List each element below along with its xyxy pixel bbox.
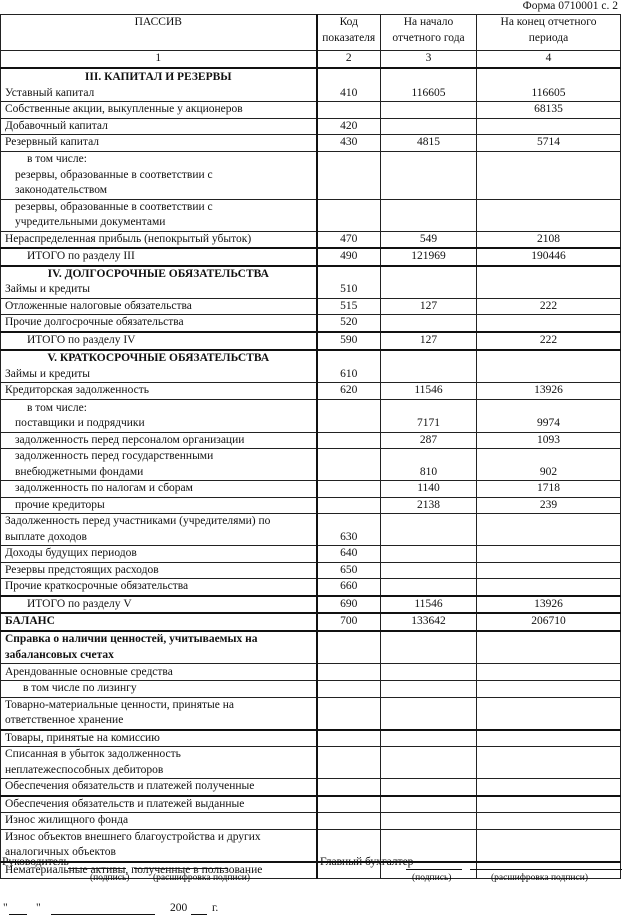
index-2: 2 bbox=[317, 51, 381, 68]
row-end-value: 190446 bbox=[477, 248, 621, 266]
table-row: Доходы будущих периодов 640 bbox=[1, 546, 621, 563]
row-end-value bbox=[477, 681, 621, 698]
header-liabilities: ПАССИВ bbox=[1, 15, 317, 51]
row-label: IV. ДОЛГОСРОЧНЫЕ ОБЯЗАТЕЛЬСТВАЗаймы и кр… bbox=[1, 266, 317, 299]
row-start-value: 121969 bbox=[381, 248, 477, 266]
chief-accountant-label: Главный бухгалтер bbox=[320, 856, 413, 868]
table-row: Отложенные налоговые обязательства 515 1… bbox=[1, 298, 621, 315]
row-code bbox=[317, 399, 381, 432]
row-label: Добавочный капитал bbox=[1, 118, 317, 135]
label-text: Займы и кредиты bbox=[5, 368, 90, 380]
row-start-value: 127 bbox=[381, 332, 477, 350]
row-label: в том числе по лизингу bbox=[1, 681, 317, 698]
row-end-value bbox=[477, 315, 621, 332]
row-start-value: 287 bbox=[381, 432, 477, 449]
row-label: в том числе:резервы, образованные в соот… bbox=[1, 151, 317, 199]
row-start-value: 116605 bbox=[381, 68, 477, 102]
label-line2: забалансовых счетах bbox=[5, 649, 114, 661]
row-label: Собственные акции, выкупленные у акционе… bbox=[1, 102, 317, 119]
table-row: прочие кредиторы 2138 239 bbox=[1, 497, 621, 514]
row-code: 640 bbox=[317, 546, 381, 563]
row-start-value bbox=[381, 664, 477, 681]
table-header-row: ПАССИВ Кодпоказателя На началоотчетного … bbox=[1, 15, 621, 51]
table-row: Износ объектов внешнего благоустройства … bbox=[1, 829, 621, 862]
row-end-value bbox=[477, 514, 621, 546]
row-code: 430 bbox=[317, 135, 381, 152]
head-signature-caption: (подпись) bbox=[90, 873, 129, 883]
section-title-iii: III. КАПИТАЛ И РЕЗЕРВЫ bbox=[5, 70, 312, 86]
row-code: 470 bbox=[317, 231, 381, 248]
date-day-line[interactable] bbox=[9, 914, 27, 915]
row-code: 510 bbox=[317, 266, 381, 299]
row-code bbox=[317, 199, 381, 231]
row-label: Задолженность перед участниками (учредит… bbox=[1, 514, 317, 546]
index-1: 1 bbox=[1, 51, 317, 68]
row-code bbox=[317, 631, 381, 664]
label-line2: законодательством bbox=[5, 183, 312, 199]
row-code bbox=[317, 779, 381, 796]
form-reference: Форма 0710001 с. 2 bbox=[523, 0, 618, 12]
row-start-value bbox=[381, 631, 477, 664]
row-code: 515 bbox=[317, 298, 381, 315]
row-end-value: 9974 bbox=[477, 399, 621, 432]
row-end-value bbox=[477, 796, 621, 813]
row-end-value bbox=[477, 266, 621, 299]
row-code bbox=[317, 102, 381, 119]
table-row: Товарно-материальные ценности, принятые … bbox=[1, 697, 621, 730]
row-end-value bbox=[477, 118, 621, 135]
row-start-value bbox=[381, 118, 477, 135]
row-code: 630 bbox=[317, 514, 381, 546]
table-row: Кредиторская задолженность 620 11546 139… bbox=[1, 383, 621, 400]
header-code: Кодпоказателя bbox=[317, 15, 381, 51]
row-end-value: 222 bbox=[477, 298, 621, 315]
row-label: Прочие краткосрочные обязательства bbox=[1, 579, 317, 596]
row-code: 620 bbox=[317, 383, 381, 400]
label-line1: Задолженность перед участниками (учредит… bbox=[5, 515, 270, 527]
row-end-value: 5714 bbox=[477, 135, 621, 152]
table-row: задолженность перед персоналом организац… bbox=[1, 432, 621, 449]
row-start-value bbox=[381, 315, 477, 332]
table-row: задолженность по налогам и сборам 1140 1… bbox=[1, 481, 621, 498]
row-start-value bbox=[381, 546, 477, 563]
row-end-value bbox=[477, 199, 621, 231]
label-line2: ответственное хранение bbox=[5, 714, 123, 726]
row-end-value bbox=[477, 664, 621, 681]
row-code bbox=[317, 681, 381, 698]
header-start: На началоотчетного года bbox=[381, 15, 477, 51]
row-code: 490 bbox=[317, 248, 381, 266]
row-label: задолженность по налогам и сборам bbox=[1, 481, 317, 498]
row-end-value bbox=[477, 562, 621, 579]
table-row: Резервный капитал 430 4815 5714 bbox=[1, 135, 621, 152]
table-row: Прочие долгосрочные обязательства 520 bbox=[1, 315, 621, 332]
row-end-value bbox=[477, 350, 621, 383]
table-row: Задолженность перед участниками (учредит… bbox=[1, 514, 621, 546]
label-line1: Износ объектов внешнего благоустройства … bbox=[5, 831, 261, 843]
table-row-balance: БАЛАНС 700 133642 206710 bbox=[1, 613, 621, 631]
label-line2: внебюджетными фондами bbox=[15, 466, 143, 478]
row-label: задолженность перед персоналом организац… bbox=[1, 432, 317, 449]
row-end-value: 902 bbox=[477, 449, 621, 481]
row-code: 520 bbox=[317, 315, 381, 332]
table-row-total: ИТОГО по разделу V 690 11546 13926 bbox=[1, 596, 621, 614]
row-label: в том числе:поставщики и подрядчики bbox=[1, 399, 317, 432]
section-title-v: V. КРАТКОСРОЧНЫЕ ОБЯЗАТЕЛЬСТВА bbox=[5, 351, 312, 367]
row-label: Товары, принятые на комиссию bbox=[1, 730, 317, 747]
row-start-value bbox=[381, 266, 477, 299]
table-row: Добавочный капитал 420 bbox=[1, 118, 621, 135]
row-start-value bbox=[381, 796, 477, 813]
row-label: ИТОГО по разделу III bbox=[1, 248, 317, 266]
table-row: Обеспечения обязательств и платежей полу… bbox=[1, 779, 621, 796]
row-label: Товарно-материальные ценности, принятые … bbox=[1, 697, 317, 730]
row-label: Кредиторская задолженность bbox=[1, 383, 317, 400]
row-code bbox=[317, 664, 381, 681]
date-year-prefix: 200 bbox=[170, 902, 187, 914]
date-month-line[interactable] bbox=[51, 914, 155, 915]
row-end-value: 68135 bbox=[477, 102, 621, 119]
row-code bbox=[317, 497, 381, 514]
label-line2: выплате доходов bbox=[5, 531, 87, 543]
row-end-value: 13926 bbox=[477, 383, 621, 400]
table-row-total: ИТОГО по разделу IV 590 127 222 bbox=[1, 332, 621, 350]
row-label: БАЛАНС bbox=[1, 613, 317, 631]
row-start-value bbox=[381, 579, 477, 596]
row-label: III. КАПИТАЛ И РЕЗЕРВЫУставный капитал bbox=[1, 68, 317, 102]
row-start-value: 1140 bbox=[381, 481, 477, 498]
row-label: Списанная в убыток задолженностьнеплатеж… bbox=[1, 747, 317, 779]
date-year-suffix: г. bbox=[212, 902, 218, 914]
date-year-line[interactable] bbox=[191, 914, 207, 915]
head-decoding-caption: (расшифровка подписи) bbox=[153, 873, 250, 883]
chief-accountant-name-line[interactable] bbox=[470, 869, 622, 870]
row-end-value bbox=[477, 829, 621, 862]
chief-accountant-signature-line[interactable] bbox=[406, 869, 462, 870]
row-start-value bbox=[381, 199, 477, 231]
row-start-value: 810 bbox=[381, 449, 477, 481]
row-end-value: 1093 bbox=[477, 432, 621, 449]
row-code bbox=[317, 796, 381, 813]
label-line1: резервы, образованные в соответствии с bbox=[5, 200, 312, 216]
row-start-value: 127 bbox=[381, 298, 477, 315]
label-line2: неплатежеспособных дебиторов bbox=[5, 764, 163, 776]
row-label: Доходы будущих периодов bbox=[1, 546, 317, 563]
header-code-line1: Код bbox=[340, 16, 358, 28]
row-end-value: 1718 bbox=[477, 481, 621, 498]
head-name-line[interactable] bbox=[134, 868, 228, 869]
table-row: Справка о наличии ценностей, учитываемых… bbox=[1, 631, 621, 664]
table-row: Износ жилищного фонда bbox=[1, 813, 621, 830]
row-label: Обеспечения обязательств и платежей выда… bbox=[1, 796, 317, 813]
row-label: резервы, образованные в соответствии суч… bbox=[1, 199, 317, 231]
row-end-value bbox=[477, 813, 621, 830]
table-row: резервы, образованные в соответствии суч… bbox=[1, 199, 621, 231]
table-row: в том числе:резервы, образованные в соот… bbox=[1, 151, 621, 199]
table-row: Обеспечения обязательств и платежей выда… bbox=[1, 796, 621, 813]
header-end: На конец отчетногопериода bbox=[477, 15, 621, 51]
table-row: задолженность перед государственнымивнеб… bbox=[1, 449, 621, 481]
row-code: 650 bbox=[317, 562, 381, 579]
row-label: Прочие долгосрочные обязательства bbox=[1, 315, 317, 332]
row-end-value: 2108 bbox=[477, 231, 621, 248]
label-line1: Списанная в убыток задолженность bbox=[5, 748, 181, 760]
row-start-value bbox=[381, 102, 477, 119]
header-end-line1: На конец отчетного bbox=[501, 16, 597, 28]
label-text: Уставный капитал bbox=[5, 87, 94, 99]
row-end-value: 222 bbox=[477, 332, 621, 350]
label-line1: Товарно-материальные ценности, принятые … bbox=[5, 699, 234, 711]
row-start-value bbox=[381, 697, 477, 730]
row-label: Обеспечения обязательств и платежей полу… bbox=[1, 779, 317, 796]
off-balance-title: Справка о наличии ценностей, учитываемых… bbox=[1, 631, 317, 664]
row-start-value: 133642 bbox=[381, 613, 477, 631]
label-line1: задолженность перед государственными bbox=[15, 450, 213, 462]
row-start-value bbox=[381, 350, 477, 383]
label-line2: учредительными документами bbox=[5, 215, 312, 231]
row-label: Арендованные основные средства bbox=[1, 664, 317, 681]
column-index-row: 1 2 3 4 bbox=[1, 51, 621, 68]
row-label: Нераспределенная прибыль (непокрытый убы… bbox=[1, 231, 317, 248]
including-label: в том числе: bbox=[5, 401, 312, 417]
header-end-line2: периода bbox=[529, 32, 569, 44]
row-start-value bbox=[381, 151, 477, 199]
row-label: V. КРАТКОСРОЧНЫЕ ОБЯЗАТЕЛЬСТВАЗаймы и кр… bbox=[1, 350, 317, 383]
table-row: Нераспределенная прибыль (непокрытый убы… bbox=[1, 231, 621, 248]
header-start-line1: На начало bbox=[404, 16, 454, 28]
chief-accountant-signature-caption: (подпись) bbox=[412, 873, 451, 883]
table-row: Прочие краткосрочные обязательства 660 bbox=[1, 579, 621, 596]
row-label: Износ жилищного фонда bbox=[1, 813, 317, 830]
row-end-value bbox=[477, 697, 621, 730]
row-start-value bbox=[381, 730, 477, 747]
table-row: IV. ДОЛГОСРОЧНЫЕ ОБЯЗАТЕЛЬСТВАЗаймы и кр… bbox=[1, 266, 621, 299]
row-label: задолженность перед государственнымивнеб… bbox=[1, 449, 317, 481]
row-start-value bbox=[381, 813, 477, 830]
table-row: Арендованные основные средства bbox=[1, 664, 621, 681]
row-end-value bbox=[477, 151, 621, 199]
row-code bbox=[317, 813, 381, 830]
row-end-value: 13926 bbox=[477, 596, 621, 614]
table-row: Списанная в убыток задолженностьнеплатеж… bbox=[1, 747, 621, 779]
row-code bbox=[317, 151, 381, 199]
row-start-value: 7171 bbox=[381, 399, 477, 432]
table-row: в том числе по лизингу bbox=[1, 681, 621, 698]
row-code: 590 bbox=[317, 332, 381, 350]
index-3: 3 bbox=[381, 51, 477, 68]
row-end-value bbox=[477, 546, 621, 563]
table-row: V. КРАТКОСРОЧНЫЕ ОБЯЗАТЕЛЬСТВАЗаймы и кр… bbox=[1, 350, 621, 383]
row-start-value: 2138 bbox=[381, 497, 477, 514]
row-end-value bbox=[477, 631, 621, 664]
label-line1: резервы, образованные в соответствии с bbox=[5, 168, 312, 184]
table-row: в том числе:поставщики и подрядчики 7171… bbox=[1, 399, 621, 432]
row-start-value: 549 bbox=[381, 231, 477, 248]
row-code bbox=[317, 697, 381, 730]
date-quote-close: " bbox=[36, 902, 41, 914]
row-code: 660 bbox=[317, 579, 381, 596]
label-text: Займы и кредиты bbox=[5, 283, 90, 295]
row-end-value: 206710 bbox=[477, 613, 621, 631]
label-text: поставщики и подрядчики bbox=[5, 416, 312, 432]
section-title-iv: IV. ДОЛГОСРОЧНЫЕ ОБЯЗАТЕЛЬСТВА bbox=[5, 267, 312, 283]
row-code: 410 bbox=[317, 68, 381, 102]
chief-accountant-decoding-caption: (расшифровка подписи) bbox=[491, 873, 588, 883]
index-4: 4 bbox=[477, 51, 621, 68]
row-label: Резервный капитал bbox=[1, 135, 317, 152]
head-label: Руководитель bbox=[2, 856, 69, 868]
liabilities-table: ПАССИВ Кодпоказателя На началоотчетного … bbox=[0, 14, 621, 879]
row-label: ИТОГО по разделу V bbox=[1, 596, 317, 614]
row-code bbox=[317, 747, 381, 779]
header-start-line2: отчетного года bbox=[392, 32, 464, 44]
row-end-value bbox=[477, 730, 621, 747]
table-row-total: ИТОГО по разделу III 490 121969 190446 bbox=[1, 248, 621, 266]
head-signature-line[interactable] bbox=[68, 868, 126, 869]
table-row: Собственные акции, выкупленные у акционе… bbox=[1, 102, 621, 119]
including-label: в том числе: bbox=[5, 152, 312, 168]
row-label: прочие кредиторы bbox=[1, 497, 317, 514]
row-code bbox=[317, 432, 381, 449]
table-row: Резервы предстоящих расходов 650 bbox=[1, 562, 621, 579]
row-code bbox=[317, 730, 381, 747]
row-code: 420 bbox=[317, 118, 381, 135]
header-code-line2: показателя bbox=[322, 32, 375, 44]
table-row: Товары, принятые на комиссию bbox=[1, 730, 621, 747]
table-row: III. КАПИТАЛ И РЕЗЕРВЫУставный капитал 4… bbox=[1, 68, 621, 102]
row-code: 690 bbox=[317, 596, 381, 614]
row-start-value bbox=[381, 514, 477, 546]
row-start-value: 4815 bbox=[381, 135, 477, 152]
row-end-value bbox=[477, 747, 621, 779]
row-start-value bbox=[381, 747, 477, 779]
row-code bbox=[317, 449, 381, 481]
row-code: 700 bbox=[317, 613, 381, 631]
row-start-value: 11546 bbox=[381, 383, 477, 400]
row-end-value: 116605 bbox=[477, 68, 621, 102]
row-start-value: 11546 bbox=[381, 596, 477, 614]
row-start-value bbox=[381, 779, 477, 796]
label-line1: Справка о наличии ценностей, учитываемых… bbox=[5, 633, 258, 645]
row-label: ИТОГО по разделу IV bbox=[1, 332, 317, 350]
row-start-value bbox=[381, 681, 477, 698]
row-start-value bbox=[381, 562, 477, 579]
date-quote-open: " bbox=[3, 902, 8, 914]
row-end-value: 239 bbox=[477, 497, 621, 514]
row-code: 610 bbox=[317, 350, 381, 383]
row-end-value bbox=[477, 579, 621, 596]
row-code bbox=[317, 481, 381, 498]
row-label: Отложенные налоговые обязательства bbox=[1, 298, 317, 315]
row-end-value bbox=[477, 779, 621, 796]
row-label: Резервы предстоящих расходов bbox=[1, 562, 317, 579]
